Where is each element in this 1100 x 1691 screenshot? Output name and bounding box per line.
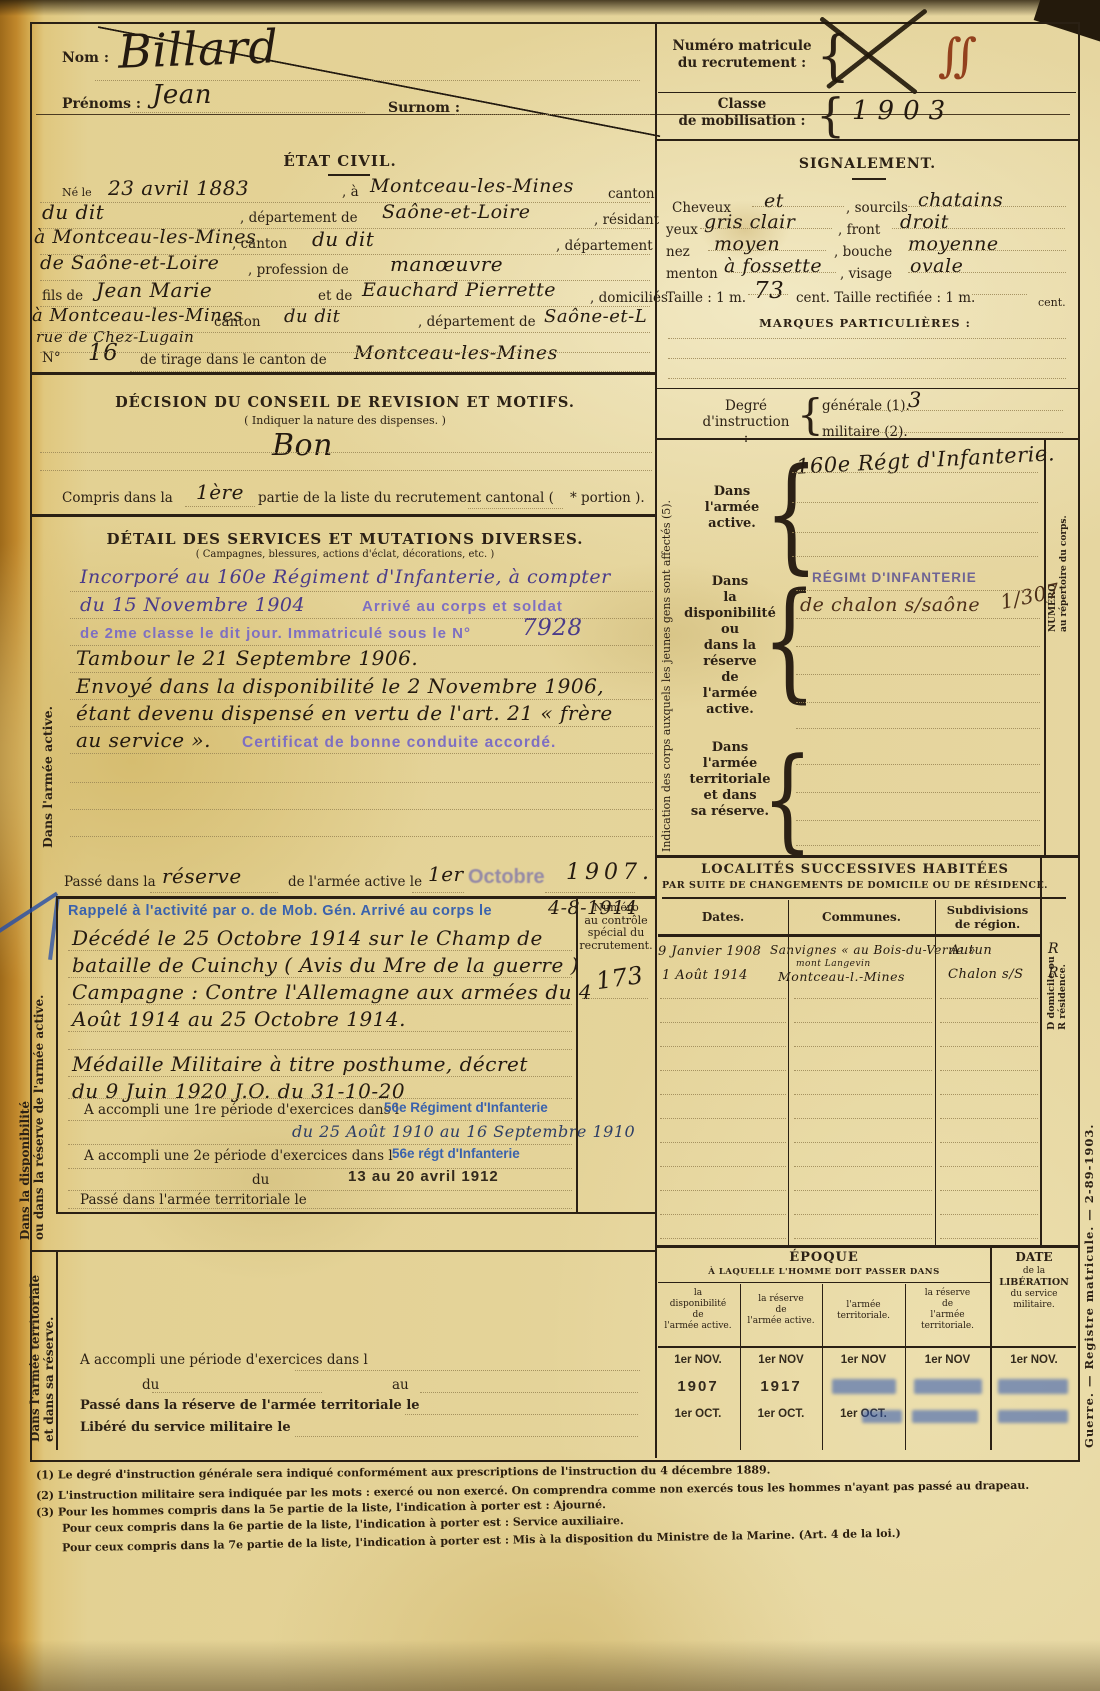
ruled-line	[660, 1166, 786, 1167]
terr-du-label: du	[142, 1377, 159, 1393]
ruled-line	[940, 1118, 1038, 1119]
matricule-ink-mark: ∬	[938, 28, 978, 82]
ruled-line	[796, 646, 1040, 647]
ruled-line	[792, 502, 1038, 503]
divider-line	[56, 896, 657, 899]
divider-line	[1040, 857, 1042, 1245]
ruled-line	[70, 836, 653, 837]
epoque-date-title: DATE	[992, 1250, 1076, 1264]
corps-side-label: Indication des corps auxquels les jeunes…	[660, 500, 673, 852]
service-entry: étant devenu dispensé en vertu de l'art.…	[76, 701, 613, 725]
ne-le-label: Né le	[62, 186, 92, 199]
passe-reserve-month-stamp: Octobre	[468, 866, 545, 889]
ruled-line	[295, 1436, 638, 1437]
ruled-line	[40, 280, 650, 281]
localite-row-subdiv: Autun	[950, 943, 992, 958]
nez-value: moyen	[714, 233, 780, 255]
ruled-line	[668, 338, 1066, 339]
decision-subtitle: ( Indiquer la nature des dispenses. )	[40, 414, 650, 427]
divider-line	[655, 22, 657, 1458]
ruled-line	[405, 1414, 638, 1415]
epoque-year-cell: 1917	[741, 1378, 821, 1395]
a-label: , à	[342, 184, 359, 200]
ruled-line	[70, 645, 653, 646]
rappel-entry: bataille de Cuinchy ( Avis du Mre de la …	[72, 953, 579, 977]
margin-territoriale-label: Dans l'armée territoriale et dans sa rés…	[28, 1275, 56, 1442]
divider-line	[662, 897, 1066, 899]
mother-name: Eauchard Pierrette	[362, 279, 556, 301]
visage-value: ovale	[910, 255, 963, 277]
bouche-label: , bouche	[834, 244, 892, 260]
marques-label: MARQUES PARTICULIÈRES :	[700, 316, 1030, 330]
blue-ink-stamp	[998, 1379, 1068, 1394]
divider-line	[655, 139, 1078, 141]
divider-line	[56, 1252, 58, 1450]
canton2-label: , canton	[232, 236, 287, 252]
epoque-nov-cell: 1er NOV	[741, 1354, 821, 1366]
rappel-entry: Médaille Militaire à titre posthume, déc…	[72, 1052, 528, 1076]
ruled-line	[794, 998, 932, 999]
ruled-line	[68, 950, 572, 951]
bouche-value: moyenne	[908, 233, 999, 255]
front-value: droit	[900, 211, 949, 233]
corps-active-label: Dans l'armée active.	[692, 484, 772, 532]
margin-armee-active-label: Dans l'armée active.	[40, 706, 55, 848]
canton3-label: canton	[214, 314, 261, 330]
blue-ink-stamp	[862, 1410, 902, 1423]
ruled-line	[70, 726, 653, 727]
ruled-line	[70, 672, 653, 673]
ruled-line	[794, 1190, 932, 1191]
services-subtitle: ( Campagnes, blessures, actions d'éclat,…	[40, 549, 650, 560]
title-underline	[852, 178, 886, 180]
ruled-line	[40, 452, 652, 453]
ruled-line	[794, 1022, 932, 1023]
domicile-value: à Montceau-les-Mines	[32, 305, 243, 326]
corps-regiment-stamp: RÉGIMt D'INFANTERIE	[812, 570, 977, 585]
ruled-line	[700, 228, 832, 229]
instruction-brace: {	[797, 390, 824, 439]
rappel-entry: Décédé le 25 Octobre 1914 sur le Champ d…	[72, 926, 543, 950]
departement-value: Saône-et-Loire	[382, 201, 530, 223]
divider-line	[658, 934, 1042, 937]
canton-label: canton	[608, 186, 655, 202]
passe-reserve-year: 1907.	[566, 860, 654, 885]
ruled-line	[940, 1142, 1038, 1143]
localites-col-communes: Communes.	[790, 910, 933, 924]
page-top-edge	[0, 0, 1100, 16]
ruled-line	[794, 1070, 932, 1071]
localites-col-subdivisions: Subdivisions de région.	[937, 903, 1038, 931]
title-underline	[328, 174, 370, 176]
divider-line	[1044, 440, 1046, 855]
ruled-line	[796, 590, 1040, 591]
ruled-line	[660, 1142, 786, 1143]
compris-value: 1ère	[196, 480, 244, 504]
taille-cent-label: cent.	[1038, 296, 1066, 309]
periode2-dates-stamp: 13 au 20 avril 1912	[348, 1168, 499, 1185]
ruled-line	[796, 728, 1040, 729]
page-bottom-edge	[0, 1640, 1100, 1691]
ruled-line	[545, 892, 635, 893]
ruled-line	[420, 1392, 638, 1393]
ruled-line	[152, 1392, 322, 1393]
corps-numero-repertoire-label: NUMÉRO au répertoire du corps.	[1048, 515, 1070, 632]
front-label: , front	[838, 222, 880, 238]
service-entry: du 15 Novembre 1904	[80, 594, 305, 616]
bonne-conduite-stamp: Certificat de bonne conduite accordé.	[242, 734, 556, 752]
services-title: DÉTAIL DES SERVICES ET MUTATIONS DIVERSE…	[40, 530, 650, 548]
ruled-line	[940, 1046, 1038, 1047]
departement2-label: , département	[556, 238, 653, 254]
terr-passe-reserve-label: Passé dans la réserve de l'armée territo…	[80, 1398, 420, 1413]
departement-label: , département de	[240, 210, 358, 226]
service-stamp: Arrivé au corps et soldat	[362, 598, 563, 615]
fils-de-label: fils de	[42, 288, 83, 304]
localite-row-commune: Montceau-l.-Mines	[778, 969, 905, 984]
canton3-value: du dit	[284, 306, 340, 327]
taille-value: 73	[754, 278, 784, 304]
ruled-line	[68, 1120, 572, 1121]
localites-title: LOCALITÉS SUCCESSIVES HABITÉES	[660, 862, 1050, 877]
localite-row-subdiv: Chalon s/S	[948, 967, 1024, 982]
blue-ink-stamp	[998, 1410, 1068, 1423]
decision-title: DÉCISION DU CONSEIL DE REVISION ET MOTIF…	[40, 394, 650, 411]
controle-label: Numéro au contrôle spécial du recrutemen…	[578, 902, 654, 952]
service-entry: Envoyé dans la disponibilité le 2 Novemb…	[76, 674, 604, 698]
taille-label: Taille : 1 m.	[666, 290, 746, 306]
ruled-line	[660, 1118, 786, 1119]
periode2-stamp: 56e régt d'Infanterie	[392, 1146, 520, 1161]
ruled-line	[468, 508, 563, 509]
periode1-label: A accompli une 1re période d'exercices d…	[84, 1102, 399, 1118]
divider-line	[30, 514, 657, 517]
taille-rectifiee-label: cent. Taille rectifiée : 1 m.	[796, 290, 975, 306]
blue-ink-stamp	[912, 1410, 978, 1423]
etat-civil-title: ÉTAT CIVIL.	[40, 152, 640, 170]
epoque-date-sub: de la	[992, 1266, 1076, 1276]
corps-disponibilite-value: de chalon s/saône	[800, 594, 980, 616]
divider-line	[822, 1284, 823, 1450]
divider-line	[655, 855, 1078, 858]
passe-reserve-label: Passé dans la	[64, 874, 156, 890]
et-de-label: et de	[318, 288, 352, 304]
ruled-line	[792, 532, 1038, 533]
father-name: Jean Marie	[96, 278, 212, 302]
divider-line	[56, 898, 58, 1214]
ruled-line	[455, 114, 650, 115]
divider-line	[30, 1250, 657, 1252]
ruled-line	[796, 702, 1040, 703]
decision-value: Bon	[272, 428, 333, 463]
ruled-line	[40, 202, 650, 203]
ruled-line	[794, 1214, 932, 1215]
passe-reserve-mid: de l'armée active le	[288, 874, 422, 890]
ruled-line	[295, 1370, 640, 1371]
residence-value: à Montceau-les-Mines	[34, 226, 256, 248]
ruled-line	[70, 753, 653, 754]
departement3-label: , département de	[418, 314, 536, 330]
epoque-nov-cell: 1er NOV	[823, 1354, 904, 1366]
epoque-nov-cell: 1er NOV	[906, 1354, 989, 1366]
epoque-col3-header: l'arméeterritoriale.	[823, 1300, 904, 1322]
epoque-date-service: du service	[992, 1289, 1076, 1299]
periode1-stamp: 56e Régiment d'Infanterie	[384, 1100, 548, 1115]
service-stamp: de 2me classe le dit jour. Immatriculé s…	[80, 625, 471, 642]
service-entry: au service ».	[76, 728, 211, 752]
prenoms-value: Jean	[152, 80, 212, 110]
ruled-line	[68, 1144, 572, 1145]
ruled-line	[796, 792, 1040, 793]
ruled-line	[68, 1076, 572, 1077]
divider-line	[655, 1245, 1078, 1248]
surnom-label: Surnom :	[388, 100, 460, 116]
terr-libere-label: Libéré du service militaire le	[80, 1420, 291, 1435]
divider-line	[655, 438, 1078, 440]
divider-line	[658, 1346, 1076, 1348]
epoque-nov-cell: 1er NOV.	[657, 1354, 739, 1366]
ruled-line	[68, 1190, 572, 1191]
ruled-line	[40, 306, 650, 307]
ruled-line	[796, 674, 1040, 675]
epoque-subtitle: À LAQUELLE L'HOMME DOIT PASSER DANS	[658, 1267, 990, 1277]
ruled-line	[752, 206, 844, 207]
divider-line	[905, 1284, 906, 1450]
ruled-line	[940, 1214, 1038, 1215]
birth-date: 23 avril 1883	[108, 176, 249, 200]
ruled-line	[794, 1046, 932, 1047]
blue-ink-stamp	[832, 1379, 896, 1394]
localites-subtitle: PAR SUITE DE CHANGEMENTS DE DOMICILE OU …	[660, 880, 1050, 891]
ruled-line	[858, 432, 1063, 433]
canton-value: du dit	[42, 200, 104, 224]
ruled-line	[660, 1190, 786, 1191]
ruled-line	[728, 272, 836, 273]
ruled-line	[660, 1070, 786, 1071]
residant-label: , résidant	[594, 212, 659, 228]
ruled-line	[796, 845, 1040, 846]
matricule-label: Numéro matricule du recrutement :	[666, 38, 818, 72]
corps-disponibilite-brace: {	[762, 566, 817, 716]
epoque-date-liberation: LIBÉRATION	[992, 1277, 1076, 1288]
ruled-line	[70, 809, 653, 810]
nom-value: Billard	[117, 19, 279, 79]
nez-label: nez	[666, 244, 690, 260]
ruled-line	[660, 1238, 786, 1239]
sourcils-value: chatains	[918, 189, 1003, 211]
divider-line	[740, 1284, 741, 1450]
edition-reference: Guerre. — Registre matricule. — 2-89-190…	[1082, 1124, 1096, 1448]
ruled-line	[70, 782, 653, 783]
nom-label: Nom :	[62, 50, 109, 66]
departement2-value: de Saône-et-Loire	[40, 252, 219, 274]
compris-mid-label: partie de la liste du recrutement canton…	[258, 490, 554, 506]
ruled-line	[794, 1238, 932, 1239]
localite-row-commune: Sanvignes « au Bois-du-Verne »	[770, 943, 976, 957]
ruled-line	[150, 892, 278, 893]
rappel-entry: du 9 Juin 1920 J.O. du 31-10-20	[72, 1079, 405, 1103]
service-entry: Tambour le 21 Septembre 1906.	[76, 646, 418, 670]
margin-disponibilite-label: Dans la disponibilité ou dans la réserve…	[18, 995, 46, 1240]
ruled-line	[972, 294, 1027, 295]
blue-ink-stamp	[914, 1379, 982, 1394]
ruled-line	[185, 506, 255, 507]
ruled-line	[940, 1070, 1038, 1071]
visage-label: , visage	[840, 266, 892, 282]
instruction-generale-value: 3	[908, 388, 922, 412]
birth-place: Montceau-les-Mines	[370, 175, 574, 197]
classe-value: 1903	[852, 96, 954, 126]
classe-brace: {	[816, 88, 845, 142]
divider-line	[658, 1282, 990, 1283]
menton-label: menton	[666, 266, 718, 282]
periode2-label: A accompli une 2e période d'exercices da…	[84, 1148, 393, 1164]
ruled-line	[792, 556, 1038, 557]
prenoms-label: Prénoms :	[62, 96, 141, 112]
localite-row-date: 9 Janvier 1908	[658, 944, 761, 959]
rappel-entry: Campagne : Contre l'Allemagne aux armées…	[72, 980, 592, 1004]
divider-line	[30, 372, 657, 375]
divider-line	[576, 898, 578, 1214]
compris-end-label: * portion ).	[570, 490, 645, 506]
passe-reserve-value: réserve	[162, 864, 242, 888]
yeux-label: yeux	[666, 222, 698, 238]
ruled-line	[796, 820, 1040, 821]
divider-line	[56, 1212, 657, 1214]
ruled-line	[660, 1022, 786, 1023]
rappel-entry: Août 1914 au 25 Octobre 1914.	[72, 1007, 406, 1031]
ruled-line	[68, 1168, 572, 1169]
ruled-line	[940, 998, 1038, 999]
ruled-line	[908, 206, 1066, 207]
ruled-line	[40, 332, 650, 333]
ruled-line	[70, 618, 653, 619]
ruled-line	[794, 1118, 932, 1119]
epoque-col4-header: la réservedel'arméeterritoriale.	[906, 1288, 989, 1332]
localite-row-date: 1 Août 1914	[662, 968, 748, 983]
ruled-line	[708, 250, 826, 251]
ruled-line	[68, 1049, 572, 1050]
departement3-value: Saône-et-L	[544, 306, 647, 327]
ruled-line	[940, 1166, 1038, 1167]
ruled-line	[95, 80, 640, 81]
ruled-line	[70, 699, 653, 700]
ruled-line	[130, 112, 365, 113]
ruled-line	[940, 1094, 1038, 1095]
localites-col-dates: Dates.	[660, 910, 786, 924]
ruled-line	[660, 1214, 786, 1215]
ruled-line	[660, 998, 786, 999]
tirage-label: de tirage dans le canton de	[140, 352, 327, 368]
ruled-line	[40, 228, 650, 229]
ruled-line	[794, 1142, 932, 1143]
registre-matricule-page: Nom : Billard Prénoms : Jean Surnom : Nu…	[0, 0, 1100, 1691]
tirage-canton: Montceau-les-Mines	[354, 342, 558, 364]
epoque-col1-header: ladisponibilitédel'armée active.	[657, 1288, 739, 1332]
ruled-line	[668, 358, 1066, 359]
divider-line	[655, 388, 1078, 389]
ruled-line	[908, 272, 1066, 273]
ruled-line	[796, 618, 1040, 619]
canton2-value: du dit	[312, 227, 374, 251]
profession-label: , profession de	[248, 262, 349, 278]
terr-au-label: au	[392, 1377, 409, 1393]
periode1-dates: du 25 Août 1910 au 16 Septembre 1910	[292, 1122, 635, 1141]
profession-value: manœuvre	[390, 252, 503, 276]
localite-row-dr: R	[1048, 941, 1059, 957]
rappel-stamp: Rappelé à l'activité par o. de Mob. Gén.…	[68, 903, 492, 919]
ruled-line	[582, 998, 648, 999]
ruled-line	[68, 977, 572, 978]
ruled-line	[748, 294, 788, 295]
epoque-col2-header: la réservedel'armée active.	[741, 1294, 821, 1327]
passe-territoriale-label: Passé dans l'armée territoriale le	[80, 1192, 307, 1208]
ruled-line	[68, 1098, 572, 1099]
yeux-value: gris clair	[704, 211, 795, 233]
ruled-line	[794, 1094, 932, 1095]
divider-line	[935, 900, 936, 1245]
ruled-line	[68, 1004, 572, 1005]
menton-value: à fossette	[724, 255, 822, 277]
ruled-line	[940, 1190, 1038, 1191]
classe-label: Classe de mobilisation :	[666, 96, 818, 130]
footnote-1: (1) Le degré d'instruction générale sera…	[36, 1463, 771, 1481]
ruled-line	[792, 472, 1038, 473]
epoque-oct-cell: 1er OCT.	[657, 1408, 739, 1420]
ruled-line	[940, 1238, 1038, 1239]
instruction-generale-label: générale (1).	[822, 398, 910, 414]
epoque-title: ÉPOQUE	[658, 1250, 990, 1265]
divider-line	[788, 900, 789, 1245]
epoque-date-militaire: militaire.	[992, 1300, 1076, 1310]
ruled-line	[858, 410, 1063, 411]
ruled-line	[660, 1094, 786, 1095]
divider-line	[658, 92, 1076, 93]
ruled-line	[40, 352, 650, 353]
ruled-line	[412, 892, 464, 893]
ruled-line	[70, 591, 653, 592]
ruled-line	[796, 764, 1040, 765]
ruled-line	[940, 1022, 1038, 1023]
ruled-line	[668, 378, 1066, 379]
ruled-line	[68, 1031, 572, 1032]
terr-accompli-label: A accompli une période d'exercices dans …	[80, 1352, 368, 1368]
localite-row-commune-note: mont Langevin	[796, 959, 871, 969]
ruled-line	[40, 254, 650, 255]
sourcils-label: , sourcils	[846, 200, 908, 216]
ruled-line	[40, 470, 652, 471]
localite-row-dr: R	[1048, 965, 1059, 981]
signalement-title: SIGNALEMENT.	[660, 156, 1075, 172]
epoque-year-cell: 1907	[657, 1378, 739, 1395]
ruled-line	[660, 1046, 786, 1047]
passe-reserve-day: 1er	[428, 862, 464, 886]
ruled-line	[908, 250, 1066, 251]
epoque-oct-cell: 1er OCT.	[741, 1408, 821, 1420]
compris-label: Compris dans la	[62, 490, 173, 506]
ruled-line	[68, 1208, 572, 1209]
epoque-nov-cell: 1er NOV.	[992, 1354, 1076, 1366]
cheveux-value: et	[764, 190, 784, 212]
periode2-du-label: du	[252, 1172, 269, 1188]
ruled-line	[892, 228, 1065, 229]
tirage-number: 16	[88, 340, 118, 366]
service-entry: Incorporé au 160e Régiment d'Infanterie,…	[80, 566, 611, 588]
ruled-line	[794, 1166, 932, 1167]
